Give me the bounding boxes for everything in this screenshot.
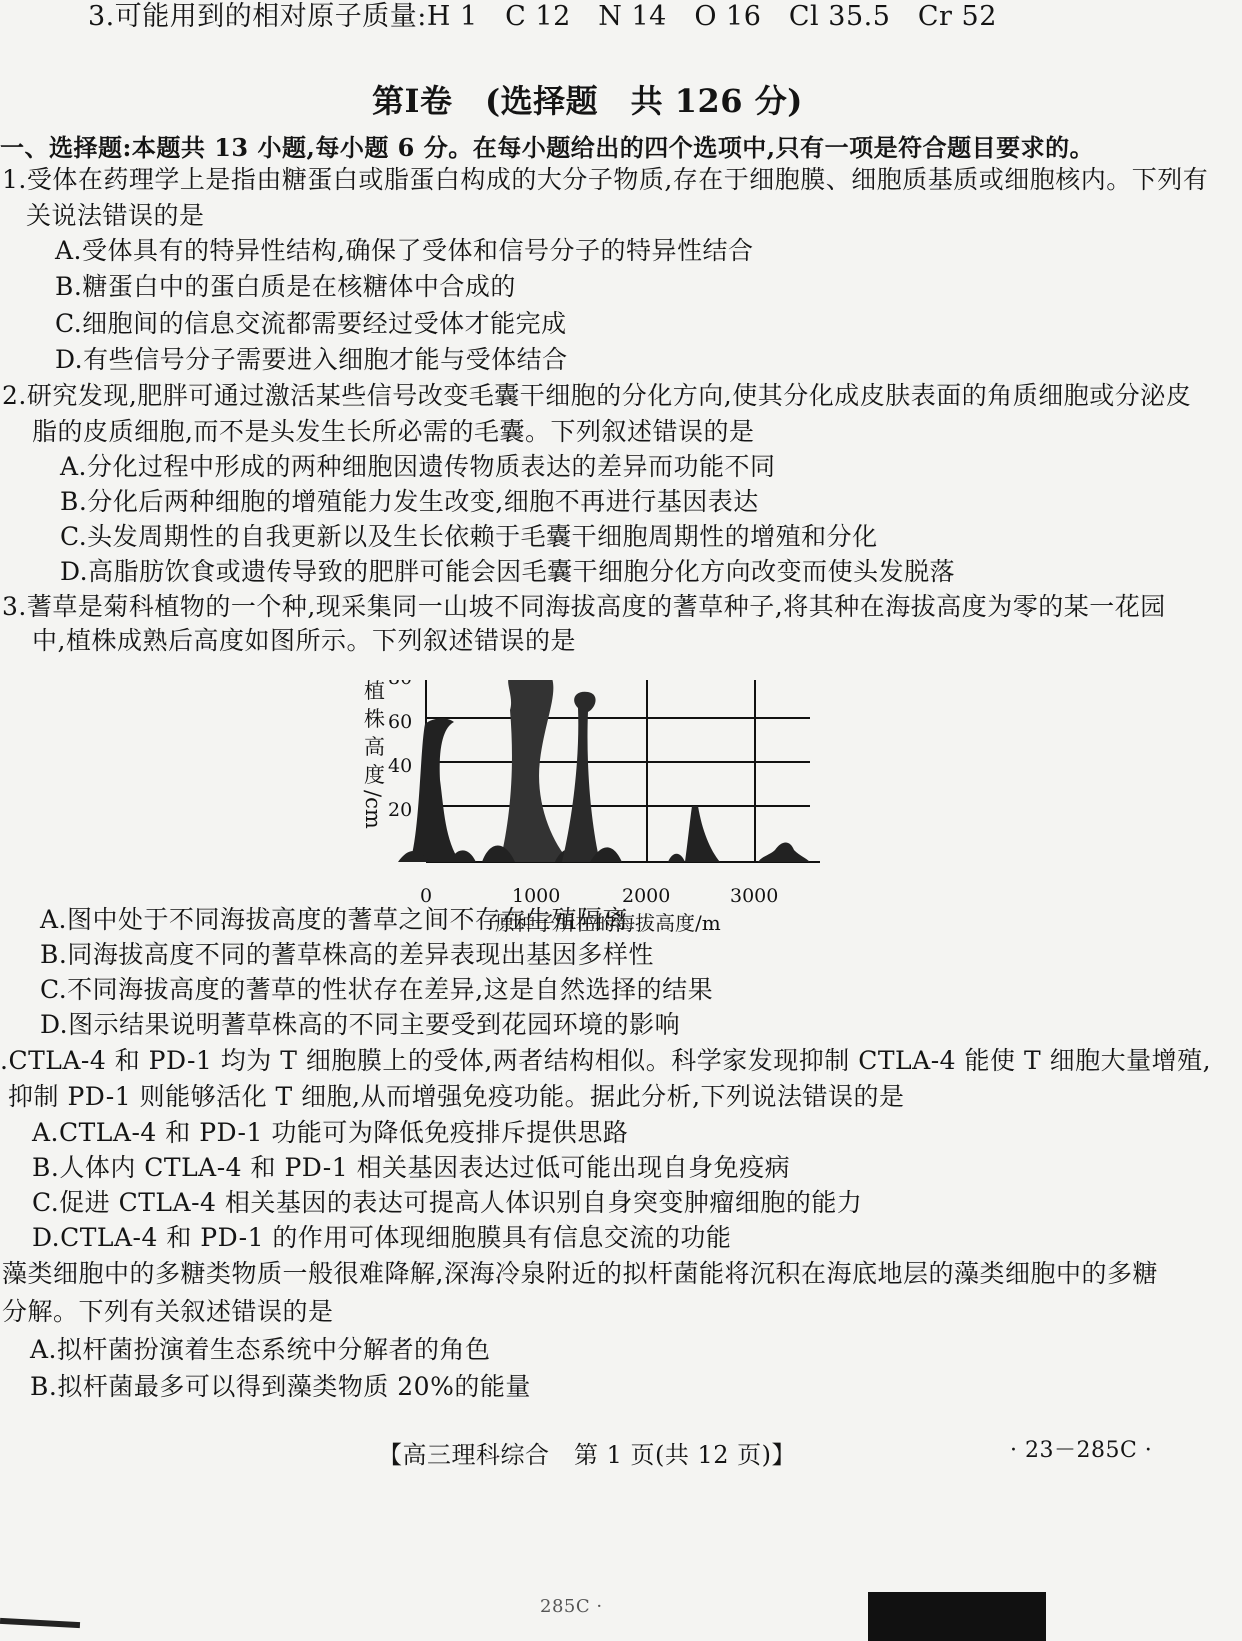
- q3-option-a: A.图中处于不同海拔高度的蓍草之间不存在生殖隔离: [40, 905, 628, 935]
- q4-option-c: C.促进 CTLA-4 相关基因的表达可提高人体识别自身突变肿瘤细胞的能力: [32, 1188, 862, 1218]
- svg-text:高: 高: [364, 735, 385, 759]
- q3-option-c: C.不同海拔高度的蓍草的性状存在差异,这是自然选择的结果: [40, 975, 713, 1005]
- svg-text:株: 株: [364, 707, 385, 731]
- q3-option-d: D.图示结果说明蓍草株高的不同主要受到花园环境的影响: [40, 1010, 680, 1040]
- q2-option-d: D.高脂肪饮食或遗传导致的肥胖可能会因毛囊干细胞分化方向改变而使头发脱落: [60, 557, 955, 587]
- exam-code: · 23－285C ·: [1010, 1436, 1152, 1466]
- svg-text:0: 0: [420, 885, 432, 907]
- q5-option-b: B.拟杆菌最多可以得到藻类物质 20%的能量: [30, 1372, 531, 1402]
- q1-option-d: D.有些信号分子需要进入细胞才能与受体结合: [55, 345, 568, 375]
- altitude-height-chart: 80 60 40 20 0 1000 2000 3000 原种子所在的海拔高度/…: [350, 680, 850, 940]
- section-title: 第Ⅰ卷 (选择题 共 126 分): [372, 86, 803, 116]
- q4-stem-2: 抑制 PD-1 则能够活化 T 细胞,从而增强免疫功能。据此分析,下列说法错误的…: [8, 1082, 905, 1112]
- q1-stem-2: 关说法错误的是: [26, 201, 205, 231]
- q2-option-b: B.分化后两种细胞的增殖能力发生改变,细胞不再进行基因表达: [60, 487, 759, 517]
- svg-text:/cm: /cm: [361, 790, 385, 829]
- svg-text:3000: 3000: [730, 885, 778, 907]
- q1-stem-1: 1.受体在药理学上是指由糖蛋白或脂蛋白构成的大分子物质,存在于细胞膜、细胞质基质…: [2, 165, 1208, 195]
- q2-option-c: C.头发周期性的自我更新以及生长依赖于毛囊干细胞周期性的增殖和分化: [60, 522, 878, 552]
- q1-option-b: B.糖蛋白中的蛋白质是在核糖体中合成的: [55, 272, 516, 302]
- svg-text:度: 度: [364, 763, 385, 787]
- header-note: 3.可能用到的相对原子质量:H 1 C 12 N 14 O 16 Cl 35.5…: [88, 2, 997, 32]
- q4-option-b: B.人体内 CTLA-4 和 PD-1 相关基因表达过低可能出现自身免疫病: [32, 1153, 790, 1183]
- q3-option-b: B.同海拔高度不同的蓍草株高的差异表现出基因多样性: [40, 940, 654, 970]
- q2-option-a: A.分化过程中形成的两种细胞因遗传物质表达的差异而功能不同: [60, 452, 776, 482]
- svg-text:植: 植: [364, 680, 385, 703]
- q4-option-d: D.CTLA-4 和 PD-1 的作用可体现细胞膜具有信息交流的功能: [32, 1223, 731, 1253]
- svg-text:60: 60: [388, 711, 412, 733]
- q2-stem-1: 2.研究发现,肥胖可通过激活某些信号改变毛囊干细胞的分化方向,使其分化成皮肤表面…: [2, 381, 1191, 411]
- q3-stem-1: 3.蓍草是菊科植物的一个种,现采集同一山坡不同海拔高度的蓍草种子,将其种在海拔高…: [2, 592, 1166, 622]
- svg-text:1000: 1000: [512, 885, 560, 907]
- instructions: 一、选择题:本题共 13 小题,每小题 6 分。在每小题给出的四个选项中,只有一…: [0, 133, 1094, 163]
- svg-text:20: 20: [388, 799, 412, 821]
- q5-stem-2: 分解。下列有关叙述错误的是: [2, 1297, 334, 1327]
- q1-option-a: A.受体具有的特异性结构,确保了受体和信号分子的特异性结合: [55, 236, 753, 266]
- q4-stem-1: .CTLA-4 和 PD-1 均为 T 细胞膜上的受体,两者结构相似。科学家发现…: [0, 1046, 1211, 1076]
- q2-stem-2: 脂的皮质细胞,而不是头发生长所必需的毛囊。下列叙述错误的是: [32, 417, 754, 447]
- scan-edge: [0, 1618, 80, 1628]
- svg-text:2000: 2000: [622, 885, 670, 907]
- svg-text:40: 40: [388, 755, 412, 777]
- bleed-through-text: 285C ·: [540, 1592, 603, 1622]
- q1-option-c: C.细胞间的信息交流都需要经过受体才能完成: [55, 309, 567, 339]
- q5-stem-1: 藻类细胞中的多糖类物质一般很难降解,深海冷泉附近的拟杆菌能将沉积在海底地层的藻类…: [2, 1259, 1158, 1289]
- y-tick-80: 80: [388, 680, 412, 689]
- page-footer: 【高三理科综合 第 1 页(共 12 页)】: [378, 1440, 796, 1470]
- q4-option-a: A.CTLA-4 和 PD-1 功能可为降低免疫排斥提供思路: [32, 1118, 628, 1148]
- q3-stem-2: 中,植株成熟后高度如图所示。下列叙述错误的是: [32, 626, 576, 656]
- scan-shadow: [868, 1592, 1046, 1641]
- q5-option-a: A.拟杆菌扮演着生态系统中分解者的角色: [30, 1335, 491, 1365]
